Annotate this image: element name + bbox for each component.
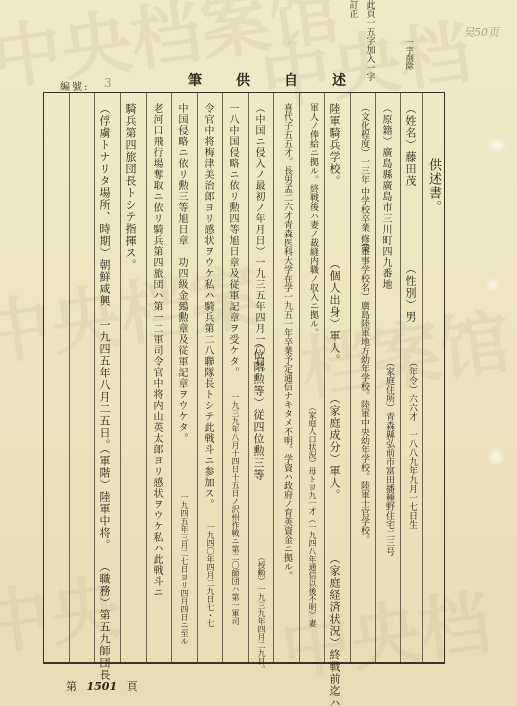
column-laohekou: 老河口飛行場奪取ニ依リ騎兵第四旅団ハ第一二軍司令官中将内山英太郎ヨリ感状ヲウケ私… bbox=[146, 93, 172, 662]
column-family: 喜代子五五才。長男孟二六才青森医科大学在学一九五一年卒業予定通信ナキタメ不明。学… bbox=[273, 93, 300, 662]
column-education: （文化程度）一三年 中学校卒業 修業 （軍事学校名）廣島陸軍地方幼年学校。陸軍中… bbox=[350, 93, 376, 662]
page-suffix: 頁 bbox=[127, 680, 138, 693]
page-number: 1501 bbox=[87, 680, 118, 693]
column-brigade: 騎兵第四旅団長トシテ指揮ス。 bbox=[120, 93, 147, 662]
column-name: （姓名）藤田茂 （性別）男 （年令）六六才 一八八九年九月一七日生 bbox=[400, 93, 423, 662]
serial-number-value: 3 bbox=[104, 76, 112, 90]
column-order: 令官中将梅津美治郎ヨリ感状ヲウケ私ハ騎兵第二八聯隊長トシテ此戦斗ニ参加ス。 一九… bbox=[197, 93, 223, 662]
archive-page-mark: 吴50页 bbox=[463, 24, 499, 40]
column-aggression-2: 中国侵略ニ依リ勲三等旭日章 功四級金鵄勲章及従軍記章ヲウケタ。 一九四五年三月二… bbox=[171, 93, 198, 662]
correction-note: 一字削除 bbox=[405, 38, 413, 70]
column-title: 供述書。 bbox=[422, 93, 445, 662]
serial-number-label: 編號: bbox=[60, 78, 89, 93]
page-prefix: 第 bbox=[66, 680, 77, 693]
column-china-entry: （中国ニ侵入ノ最初ノ年月日）一九三五年四月一〇日。 （位階勲等）従四位勲三等 （… bbox=[248, 93, 274, 662]
correction-note: 此頁一五字加入一字 bbox=[364, 0, 373, 81]
form-grid: （俘虜トナリタ場所、時期）朝鮮咸興 一九四五年八月二五日。 （軍階）陸軍中将。 … bbox=[43, 92, 445, 664]
document-page: 中央档案馆 中央档 中央档案 档案馆 中央 中央档 訂正 此頁一五字加入一字 一… bbox=[0, 0, 517, 706]
column-economy: 軍人ノ俸給ニ拠ル。終戦後ハ妻ノ裁縫内職ノ収入ニ拠ル。 （家庭人口状況）母トヨ九一… bbox=[299, 93, 325, 662]
column-academy: 陸軍騎兵学校。 （個人出身）軍人。 （家庭成分）軍人。 （家庭経済状況）終戦前迄… bbox=[324, 93, 351, 662]
blank-column bbox=[44, 93, 69, 662]
column-origin: （原籍）廣島縣廣島市三川町四九番地 （家庭住所）青森縣弘前市富田播種野住宅二三号 bbox=[375, 93, 401, 662]
blank-column bbox=[69, 93, 95, 662]
column-aggression-1: 一八中国侵略ニ依リ勲四等旭日章及従軍記章ヲ受ケタ。 一九三九年八月十四日十五日ノ… bbox=[222, 93, 249, 662]
form-title: 筆供自述 bbox=[188, 70, 380, 90]
correction-note: 訂正 bbox=[347, 0, 356, 18]
page-footer: 第 1501 頁 bbox=[66, 678, 138, 694]
column-capture: （俘虜トナリタ場所、時期）朝鮮咸興 一九四五年八月二五日。 （軍階）陸軍中将。 … bbox=[94, 93, 121, 662]
